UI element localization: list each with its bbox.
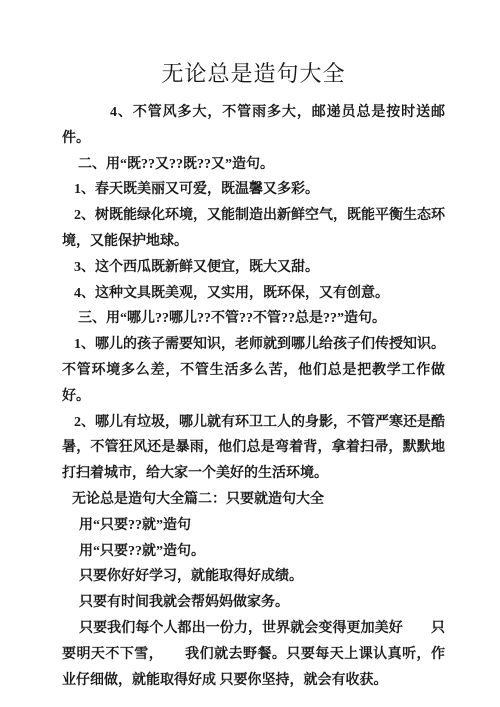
section-heading: 二、用“既??又??既??又”造句。 [62, 152, 445, 178]
paragraph: 4、不管风多大，不管雨多大，邮递员总是按时送邮件。 [62, 100, 445, 152]
paragraph: 只要我们每个人都出一份力，世界就会变得更加美好 只要明天不下雪， 我们就去野餐。… [62, 616, 445, 693]
section-heading: 三、用“哪儿??哪儿??不管??不管??总是??”造句。 [62, 306, 445, 332]
paragraph: 只要有时间我就会帮妈妈做家务。 [62, 590, 445, 616]
paragraph: 2、树既能绿化环境，又能制造出新鲜空气，既能平衡生态环境，又能保护地球。 [62, 203, 445, 255]
document-body: 4、不管风多大，不管雨多大，邮递员总是按时送邮件。 二、用“既??又??既??又… [62, 100, 445, 693]
paragraph: 2、哪儿有垃圾，哪儿就有环卫工人的身影，不管严寒还是酷暑，不管狂风还是暴雨，他们… [62, 410, 445, 487]
section-heading: 无论总是造句大全篇二：只要就造句大全 [62, 487, 445, 513]
paragraph: 1、哪儿的孩子需要知识，老师就到哪儿给孩子们传授知识。不管环境多么差，不管生活多… [62, 332, 445, 409]
paragraph: 只要你好好学习，就能取得好成绩。 [62, 564, 445, 590]
page-title: 无论总是造句大全 [62, 57, 445, 91]
paragraph: 4、这种文具既美观，又实用，既环保，又有创意。 [62, 281, 445, 307]
paragraph: 用“只要??就”造句 [62, 513, 445, 539]
paragraph: 3、这个西瓜既新鲜又便宜，既大又甜。 [62, 255, 445, 281]
document-page: 无论总是造句大全 4、不管风多大，不管雨多大，邮递员总是按时送邮件。 二、用“既… [0, 0, 500, 707]
paragraph: 用“只要??就”造句。 [62, 539, 445, 565]
paragraph: 1、春天既美丽又可爱，既温馨又多彩。 [62, 177, 445, 203]
